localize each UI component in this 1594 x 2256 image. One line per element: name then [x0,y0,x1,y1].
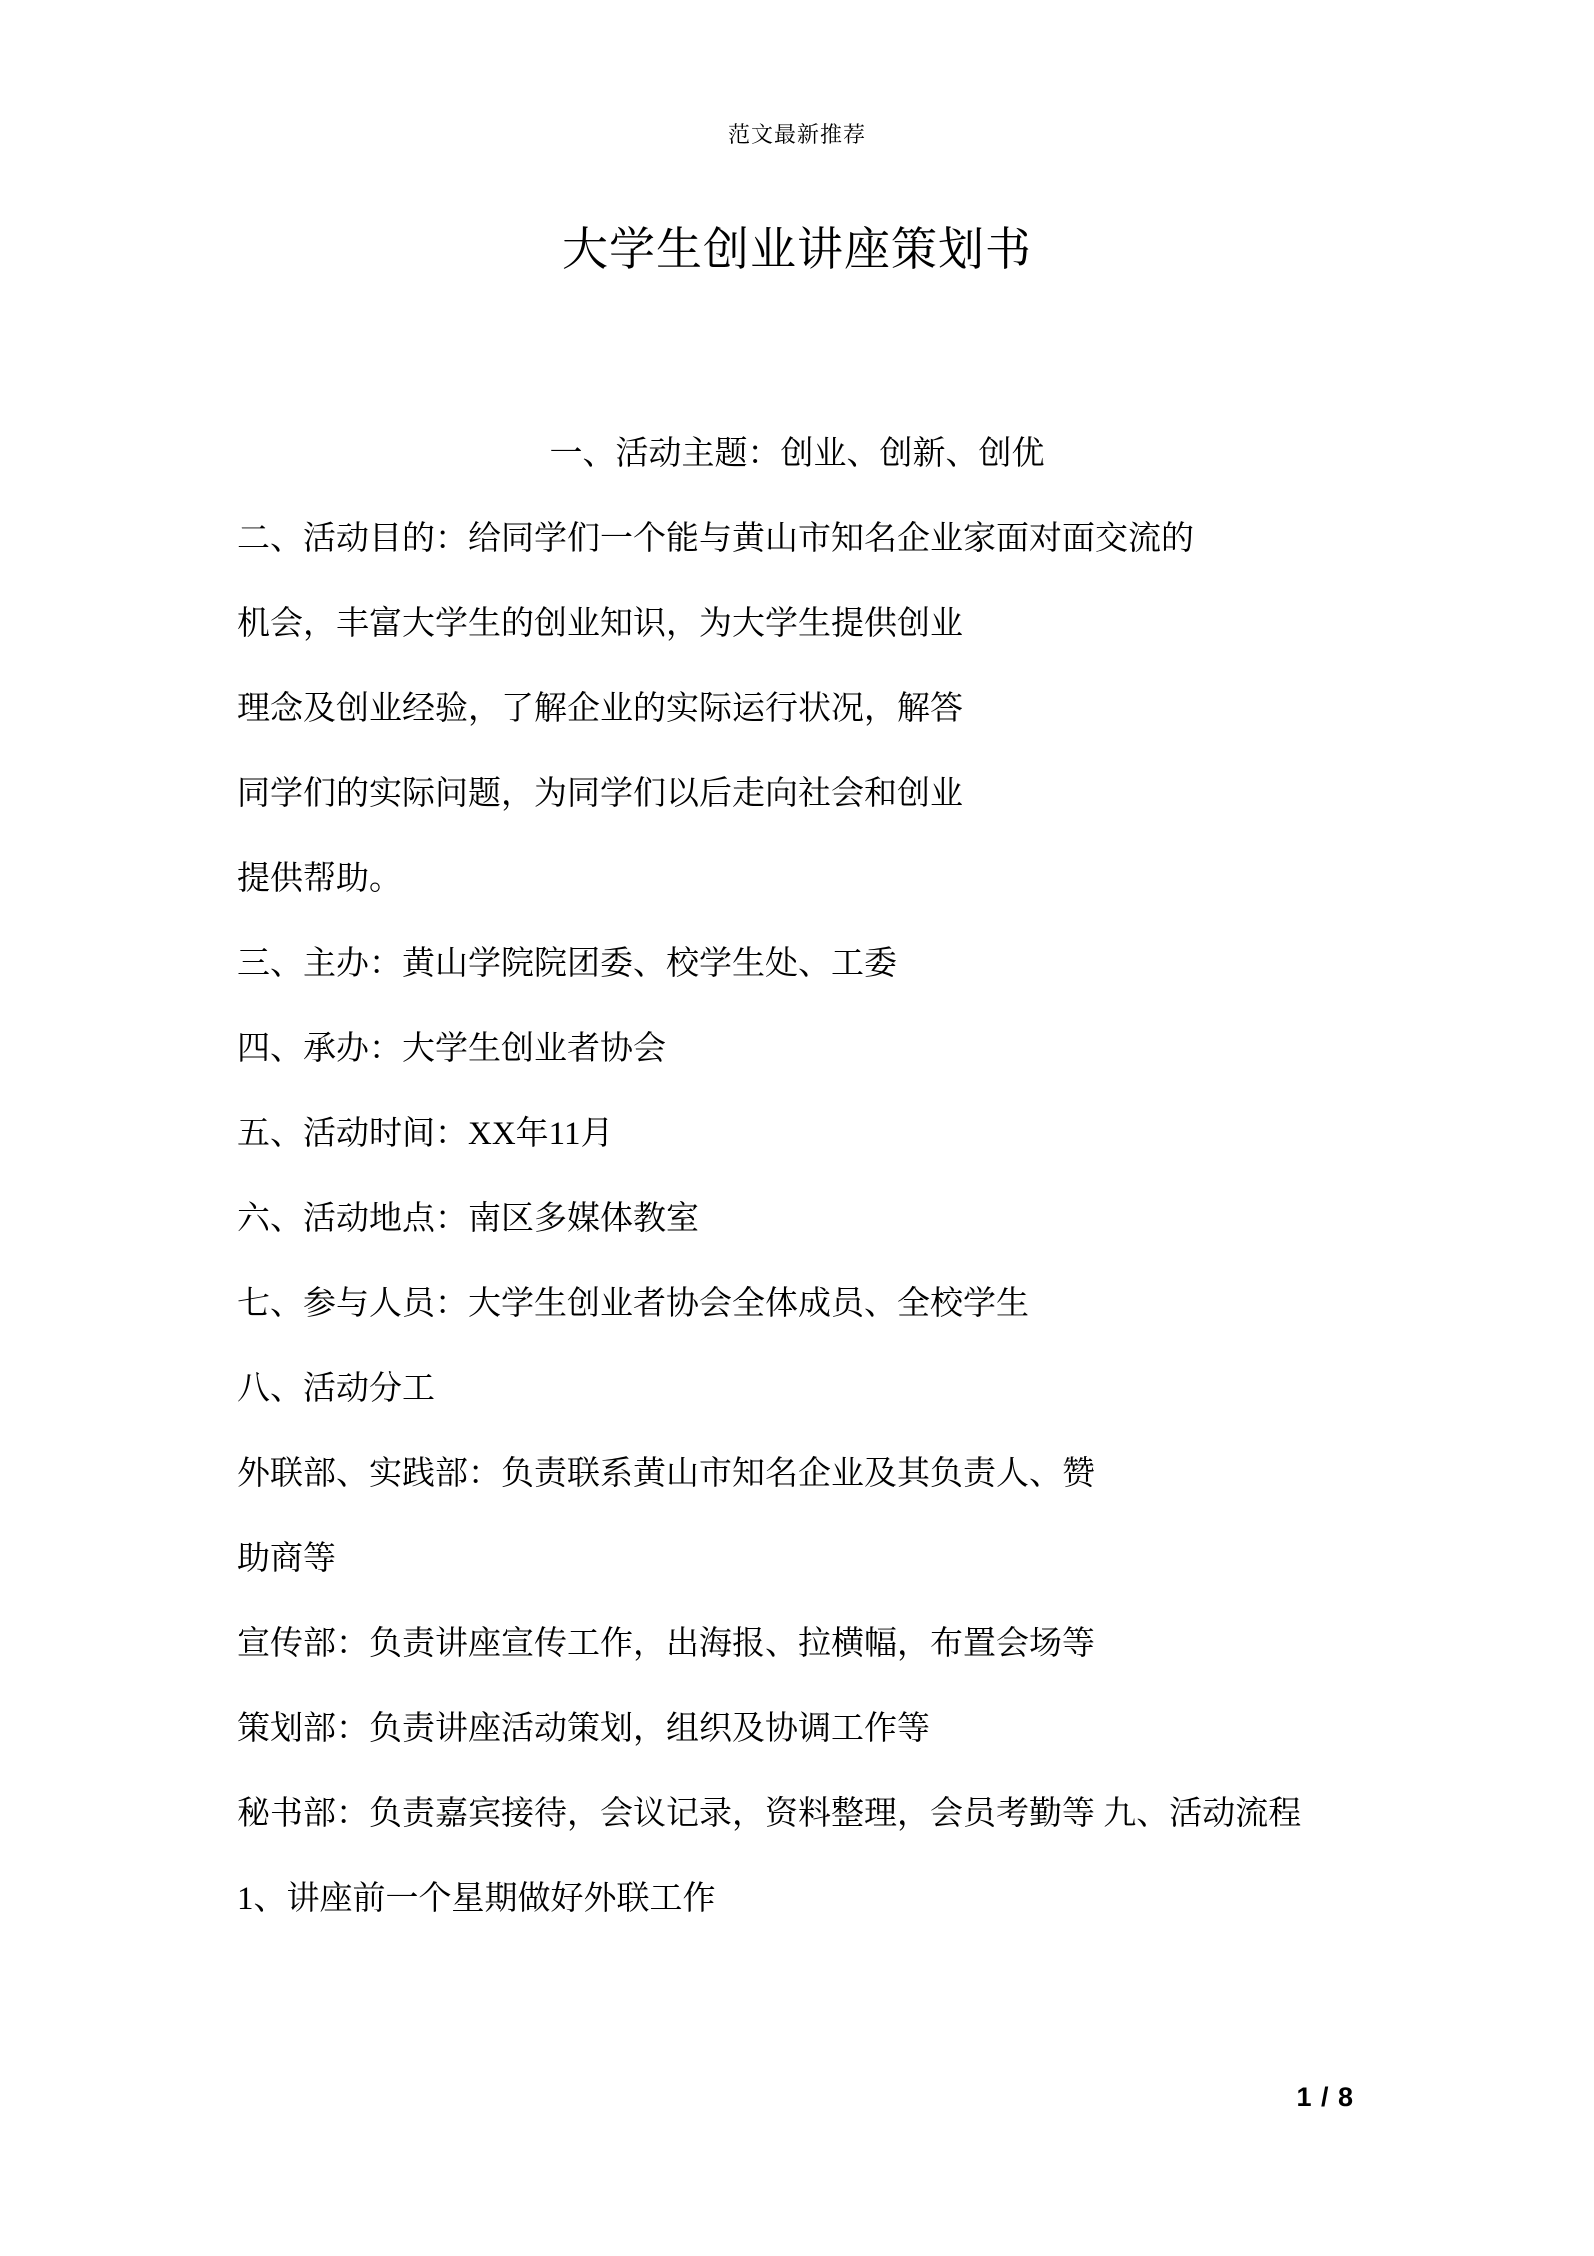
paragraph-line: 七、参与人员：大学生创业者协会全体成员、全校学生 [0,1262,1594,1347]
paragraph-line: 秘书部：负责嘉宾接待，会议记录，资料整理，会员考勤等 九、活动流程 [0,1772,1594,1857]
paragraph-line: 二、活动目的：给同学们一个能与黄山市知名企业家面对面交流的 [0,497,1594,582]
paragraph-line: 策划部：负责讲座活动策划，组织及协调工作等 [0,1687,1594,1772]
paragraph-line: 提供帮助。 [0,837,1594,922]
page-title: 大学生创业讲座策划书 [0,224,1594,276]
paragraph-line: 一、活动主题：创业、创新、创优 [0,412,1594,497]
document-body: 一、活动主题：创业、创新、创优 二、活动目的：给同学们一个能与黄山市知名企业家面… [0,412,1594,1942]
paragraph-line: 六、活动地点：南区多媒体教室 [0,1177,1594,1262]
paragraph-line: 宣传部：负责讲座宣传工作，出海报、拉横幅，布置会场等 [0,1602,1594,1687]
paragraph-line: 八、活动分工 [0,1347,1594,1432]
paragraph-line: 1、讲座前一个星期做好外联工作 [0,1857,1594,1942]
paragraph-line: 同学们的实际问题，为同学们以后走向社会和创业 [0,752,1594,837]
paragraph-line: 理念及创业经验，了解企业的实际运行状况，解答 [0,667,1594,752]
paragraph-line: 机会，丰富大学生的创业知识，为大学生提供创业 [0,582,1594,667]
paragraph-line: 五、活动时间：XX年11月 [0,1092,1594,1177]
paragraph-line: 四、承办：大学生创业者协会 [0,1007,1594,1092]
paragraph-line: 外联部、实践部：负责联系黄山市知名企业及其负责人、赞 [0,1432,1594,1517]
paragraph-line: 三、主办：黄山学院院团委、校学生处、工委 [0,922,1594,1007]
page-number: 1 / 8 [1296,2082,1354,2113]
paragraph-line: 助商等 [0,1517,1594,1602]
document-header-note: 范文最新推荐 [0,0,1594,148]
document-page: 范文最新推荐 大学生创业讲座策划书 一、活动主题：创业、创新、创优 二、活动目的… [0,0,1594,2256]
